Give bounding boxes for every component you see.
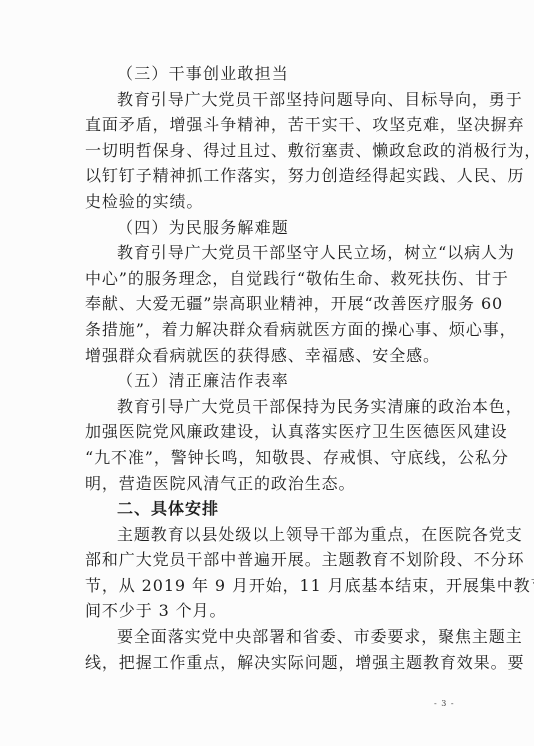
paragraph-line: 部和广大党员干部中普遍开展。主题教育不划阶段、不分环 (85, 547, 451, 573)
section-heading: 二、具体安排 (85, 496, 451, 522)
subheading-4: （四）为民服务解难题 (85, 215, 451, 241)
subheading-3: （三）干事创业敢担当 (85, 61, 451, 87)
paragraph-line: 条措施”，着力解决群众看病就医方面的操心事、烦心事， (85, 317, 451, 343)
subheading-5: （五）清正廉洁作表率 (85, 368, 451, 394)
paragraph-line: 明，营造医院风清气正的政治生态。 (85, 471, 451, 497)
document-body: （三）干事创业敢担当 教育引导广大党员干部坚持问题导向、目标导向，勇于 直面矛盾… (85, 61, 451, 675)
paragraph-line: 教育引导广大党员干部保持为民务实清廉的政治本色， (85, 394, 451, 420)
paragraph-line: 主题教育以县处级以上领导干部为重点，在医院各党支 (85, 522, 451, 548)
paragraph-line: “九不准”，警钟长鸣，知敬畏、存戒惧、守底线，公私分 (85, 445, 451, 471)
document-page: （三）干事创业敢担当 教育引导广大党员干部坚持问题导向、目标导向，勇于 直面矛盾… (0, 0, 534, 746)
paragraph-line: 教育引导广大党员干部坚守人民立场，树立“以病人为 (85, 240, 451, 266)
paragraph-line: 加强医院党风廉政建设，认真落实医疗卫生医德医风建设 (85, 419, 451, 445)
paragraph-line: 奉献、大爱无疆”崇高职业精神，开展“改善医疗服务 60 (85, 291, 451, 317)
paragraph-line: 间不少于 3 个月。 (85, 598, 451, 624)
paragraph-line: 节，从 2019 年 9 月开始，11 月底基本结束，开展集中教育时 (85, 573, 451, 599)
paragraph-line: 要全面落实党中央部署和省委、市委要求，聚焦主题主 (85, 624, 451, 650)
paragraph-line: 直面矛盾，增强斗争精神，苦干实干、攻坚克难，坚决摒弃 (85, 112, 451, 138)
paragraph-line: 史检验的实绩。 (85, 189, 451, 215)
paragraph-line: 教育引导广大党员干部坚持问题导向、目标导向，勇于 (85, 87, 451, 113)
paragraph-line: 中心”的服务理念，自觉践行“敬佑生命、救死扶伤、甘于 (85, 266, 451, 292)
paragraph-line: 线，把握工作重点，解决实际问题，增强主题教育效果。要 (85, 650, 451, 676)
paragraph-line: 以钉钉子精神抓工作落实，努力创造经得起实践、人民、历 (85, 163, 451, 189)
page-number: - 3 - (434, 699, 455, 708)
paragraph-line: 增强群众看病就医的获得感、幸福感、安全感。 (85, 343, 451, 369)
paragraph-line: 一切明哲保身、得过且过、敷衍塞责、懒政怠政的消极行为， (85, 138, 451, 164)
